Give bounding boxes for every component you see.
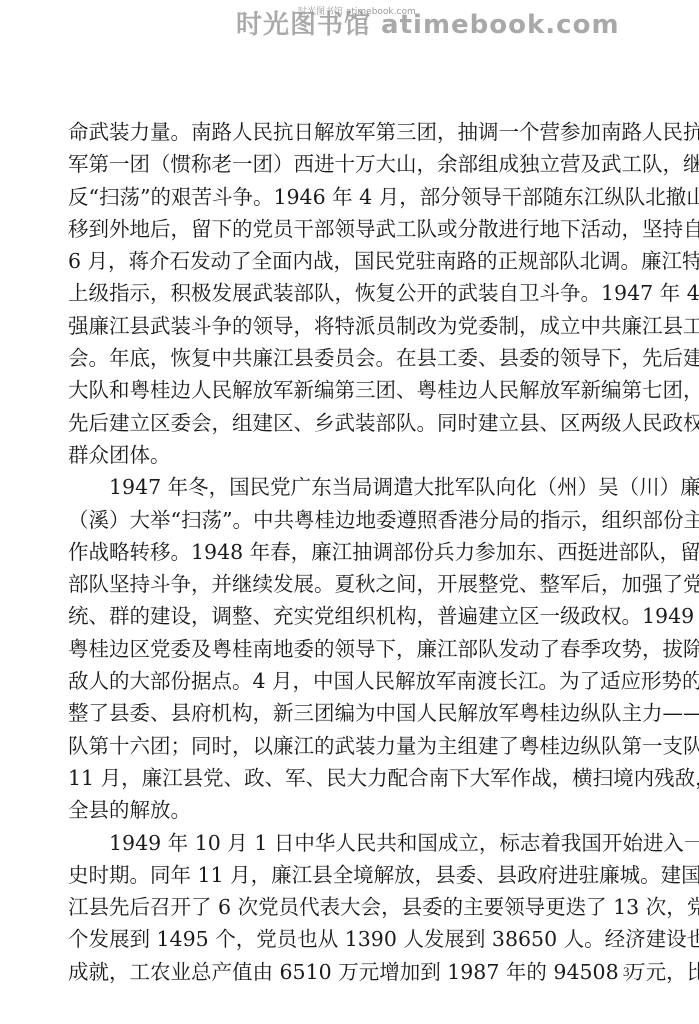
text-line: 江县先后召开了 6 次党员代表大会，县委的主要领导更迭了 13 次，党支部从 9… — [68, 891, 653, 923]
text-line: 反“扫荡”的艰苦斗争。1946 年 4 月，部分领导干部随东江纵队北撤山东或转 — [68, 181, 653, 213]
text-line: 部队坚持斗争，并继续发展。夏秋之间，开展整党、整军后，加强了党、政、军、 — [68, 568, 653, 600]
watermark: 时光图书馆 atimebook.com — [236, 4, 620, 41]
text-line: 会。年底，恢复中共廉江县委员会。在县工委、县委的领导下，先后建立独立 — [68, 342, 653, 374]
page-body: 命武装力量。南路人民抗日解放军第三团，抽调一个营参加南路人民抗日解放 军第一团（… — [68, 116, 653, 988]
text-line: 全县的解放。 — [68, 794, 653, 826]
watermark-small: 时光图书馆 atimebook.com — [298, 4, 416, 17]
text-line: 军第一团（惯称老一团）西进十万大山，余部组成独立营及武工队，继续进行 — [68, 148, 653, 180]
text-line: 大队和粤桂边人民解放军新编第三团、粤桂边人民解放军新编第七团，各区也 — [68, 374, 653, 406]
text-line: 统、群的建设，调整、充实党组织机构，普遍建立区一级政权。1949 年初，在 — [68, 600, 653, 632]
text-line: 命武装力量。南路人民抗日解放军第三团，抽调一个营参加南路人民抗日解放 — [68, 116, 653, 148]
text-line: 成就，工农业总产值由 6510 万元增加到 1987 年的 94508 万元，比… — [68, 956, 653, 988]
text-line: 1947 年冬，国民党广东当局调遣大批军队向化（州）吴（川）廉（江）遂 — [68, 471, 653, 503]
text-line: 上级指示，积极发展武装部队，恢复公开的武装自卫斗争。1947 年 4 月，为加 — [68, 277, 653, 309]
text-line: 移到外地后，留下的党员干部领导武工队或分散进行地下活动，坚持自卫斗争。 — [68, 213, 653, 245]
text-line: 强廉江县武装斗争的领导，将特派员制改为党委制，成立中共廉江县工作委员 — [68, 310, 653, 342]
text-line: 整了县委、县府机构，新三团编为中国人民解放军粤桂边纵队主力——第六支 — [68, 697, 653, 729]
text-line: 粤桂边区党委及粤桂南地委的领导下，廉江部队发动了春季攻势，拔除了县内 — [68, 633, 653, 665]
text-line: 群众团体。 — [68, 439, 653, 471]
text-line: 个发展到 1495 个，党员也从 1390 人发展到 38650 人。经济建设也… — [68, 923, 653, 955]
text-line: 作战略转移。1948 年春，廉江抽调部份兵力参加东、西挺进部队，留下的武装 — [68, 536, 653, 568]
text-line: 1949 年 10 月 1 日中华人民共和国成立，标志着我国开始进入一个新的历 — [68, 827, 653, 859]
text-line: 11 月，廉江县党、政、军、民大力配合南下大军作战，横扫境内残敌，赢得了 — [68, 762, 653, 794]
text-line: （溪）大举“扫荡”。中共粤桂边地委遵照香港分局的指示，组织部份主力部队 — [68, 504, 653, 536]
paragraph: 命武装力量。南路人民抗日解放军第三团，抽调一个营参加南路人民抗日解放 军第一团（… — [68, 116, 653, 471]
text-line: 史时期。同年 11 月，廉江县全境解放，县委、县政府进驻廉城。建国以来，廉 — [68, 859, 653, 891]
paragraph: 1949 年 10 月 1 日中华人民共和国成立，标志着我国开始进入一个新的历 … — [68, 827, 653, 988]
text-line: 6 月，蒋介石发动了全面内战，国民党驻南路的正规部队北调。廉江特派员遵照 — [68, 245, 653, 277]
text-line: 队第十六团；同时，以廉江的武装力量为主组建了粤桂边纵队第一支队第一团。 — [68, 730, 653, 762]
page-number: 3 — [623, 964, 630, 980]
text-line: 敌人的大部份据点。4 月，中国人民解放军南渡长江。为了适应形势的需要，调 — [68, 665, 653, 697]
paragraph: 1947 年冬，国民党广东当局调遣大批军队向化（州）吴（川）廉（江）遂 （溪）大… — [68, 471, 653, 826]
text-line: 先后建立区委会，组建区、乡武装部队。同时建立县、区两级人民政权及统战、 — [68, 407, 653, 439]
